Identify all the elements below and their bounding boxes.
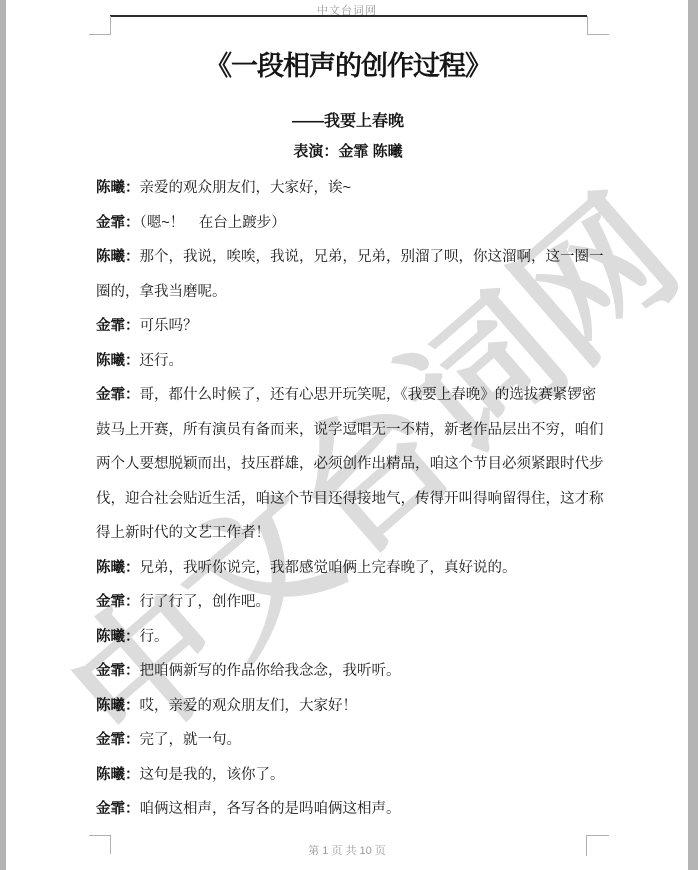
script-line: 金霏：把咱俩新写的作品你给我念念，我听听。	[96, 654, 616, 689]
crop-mark-top-right	[587, 16, 609, 35]
script-line: 陈曦：行。	[96, 620, 616, 655]
script-line: 金霏：哥，都什么时候了，还有心思开玩笑呢，《我要上春晚》的选拔赛紧锣密	[96, 378, 616, 413]
speaker-name: 金霏：	[96, 663, 140, 679]
footer-page-number: 第 1 页 共 10 页	[6, 842, 688, 858]
speaker-name: 金霏：	[96, 732, 140, 748]
script-line: 陈曦：哎，亲爱的观众朋友们，大家好！	[96, 689, 616, 724]
line-text: （嗯~！ 在台上踱步）	[140, 215, 286, 231]
document-subtitle: ——我要上春晚	[6, 108, 690, 131]
script-line: 鼓马上开赛，所有演员有备而来，说学逗唱无一不精，新老作品层出不穷，咱们	[96, 413, 616, 448]
script-line: 陈曦：亲爱的观众朋友们，大家好，诶~	[96, 171, 616, 206]
script-line: 圈的，拿我当磨呢。	[96, 275, 616, 310]
script-line: 陈曦：兄弟，我听你说完，我都感觉咱俩上完春晚了，真好说的。	[96, 551, 616, 586]
speaker-name: 陈曦：	[96, 353, 140, 369]
line-text: 行。	[140, 629, 169, 645]
script-line: 金霏：完了，就一句。	[96, 723, 616, 758]
performers-line: 表演：金霏 陈曦	[6, 140, 690, 161]
line-text: 兄弟，我听你说完，我都感觉咱俩上完春晚了，真好说的。	[140, 560, 517, 576]
speaker-name: 金霏：	[96, 801, 140, 817]
line-text: 伐，迎合社会贴近生活，咱这个节目还得接地气，传得开叫得响留得住，这才称	[96, 491, 604, 507]
line-text: 亲爱的观众朋友们，大家好，诶~	[140, 180, 351, 196]
speaker-name: 金霏：	[96, 318, 140, 334]
line-text: 这句是我的，该你了。	[140, 767, 285, 783]
speaker-name: 金霏：	[96, 387, 140, 403]
script-line: 金霏：（嗯~！ 在台上踱步）	[96, 206, 616, 241]
script-line: 陈曦：还行。	[96, 344, 616, 379]
script-line: 两个人要想脱颖而出，技压群雄，必须创作出精品，咱这个节目必须紧跟时代步	[96, 447, 616, 482]
script-line: 金霏：行了行了，创作吧。	[96, 585, 616, 620]
line-text: 那个，我说，唉唉，我说，兄弟，兄弟，别溜了呗，你这溜啊，这一圈一	[140, 249, 604, 265]
window-edge-right	[688, 0, 698, 870]
document-page: 中文台词网 中文台词网 《一段相声的创作过程》 ——我要上春晚 表演：金霏 陈曦…	[0, 0, 698, 870]
script-line: 得上新时代的文艺工作者！	[96, 516, 616, 551]
speaker-name: 陈曦：	[96, 560, 140, 576]
line-text: 完了，就一句。	[140, 732, 242, 748]
speaker-name: 陈曦：	[96, 180, 140, 196]
line-text: 圈的，拿我当磨呢。	[96, 284, 227, 300]
line-text: 把咱俩新写的作品你给我念念，我听听。	[140, 663, 401, 679]
script-line: 陈曦：这句是我的，该你了。	[96, 758, 616, 793]
window-edge-left	[0, 0, 6, 870]
script-line: 金霏：咱俩这相声，各写各的是吗咱俩这相声。	[96, 792, 616, 827]
speaker-name: 陈曦：	[96, 249, 140, 265]
speaker-name: 金霏：	[96, 215, 140, 231]
line-text: 鼓马上开赛，所有演员有备而来，说学逗唱无一不精，新老作品层出不穷，咱们	[96, 422, 604, 438]
line-text: 咱俩这相声，各写各的是吗咱俩这相声。	[140, 801, 401, 817]
line-text: 还行。	[140, 353, 184, 369]
script-line: 金霏：可乐吗？	[96, 309, 616, 344]
script-line: 陈曦：那个，我说，唉唉，我说，兄弟，兄弟，别溜了呗，你这溜啊，这一圈一	[96, 240, 616, 275]
script-line: 伐，迎合社会贴近生活，咱这个节目还得接地气，传得开叫得响留得住，这才称	[96, 482, 616, 517]
crop-mark-top-left	[89, 16, 111, 35]
speaker-name: 陈曦：	[96, 698, 140, 714]
speaker-name: 金霏：	[96, 594, 140, 610]
script-body: 陈曦：亲爱的观众朋友们，大家好，诶~ 金霏：（嗯~！ 在台上踱步） 陈曦：那个，…	[96, 171, 616, 827]
line-text: 行了行了，创作吧。	[140, 594, 271, 610]
line-text: 得上新时代的文艺工作者！	[96, 525, 270, 541]
line-text: 可乐吗？	[140, 318, 198, 334]
speaker-name: 陈曦：	[96, 767, 140, 783]
line-text: 哥，都什么时候了，还有心思开玩笑呢，《我要上春晚》的选拔赛紧锣密	[140, 387, 597, 403]
header-rule	[110, 15, 587, 17]
speaker-name: 陈曦：	[96, 629, 140, 645]
document-title: 《一段相声的创作过程》	[6, 44, 690, 83]
line-text: 两个人要想脱颖而出，技压群雄，必须创作出精品，咱这个节目必须紧跟时代步	[96, 456, 604, 472]
line-text: 哎，亲爱的观众朋友们，大家好！	[140, 698, 358, 714]
